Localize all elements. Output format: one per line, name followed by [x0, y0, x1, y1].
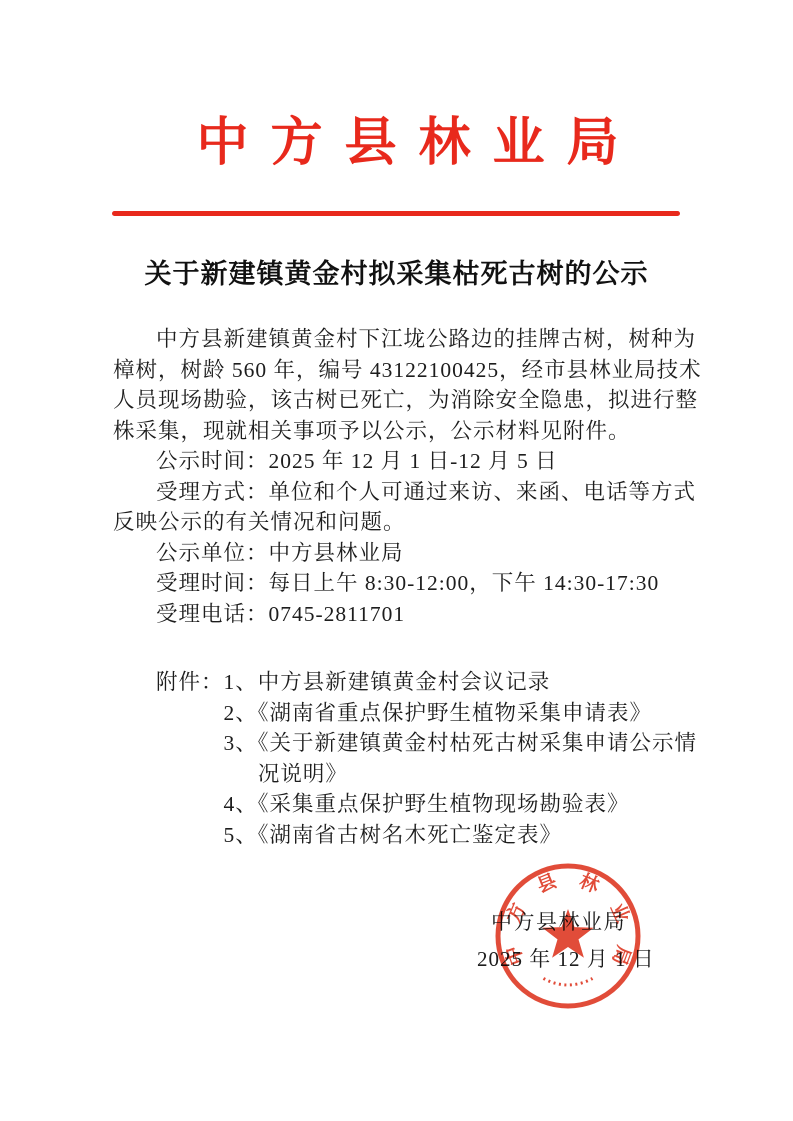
body-line-accept-method-2: 反映公示的有关情况和问题。	[113, 507, 680, 538]
official-seal: 中 方 县 林 业 局	[483, 851, 653, 1021]
body-line-public-unit: 公示单位：中方县林业局	[113, 538, 680, 569]
attachment-item-2: 2、《湖南省重点保护野生植物采集申请表》	[224, 698, 698, 729]
notice-body: 中方县新建镇黄金村下江垅公路边的挂牌古树，树种为 樟树，树龄 560 年，编号 …	[113, 324, 680, 850]
attachments-list: 1、中方县新建镇黄金村会议记录 2、《湖南省重点保护野生植物采集申请表》 3、《…	[224, 667, 698, 850]
notice-title: 关于新建镇黄金村拟采集枯死古树的公示	[113, 252, 680, 291]
seal-ring-char: 林	[576, 869, 603, 898]
letterhead-org-name: 中方县林业局	[113, 100, 702, 175]
signature-date: 2025 年 12 月 1 日	[477, 943, 655, 973]
attachment-item-1: 1、中方县新建镇黄金村会议记录	[224, 667, 698, 698]
seal-ring-char: 县	[534, 870, 560, 898]
body-line-intro-4: 株采集，现就相关事项予以公示，公示材料见附件。	[113, 416, 680, 447]
attachment-item-5: 5、《湖南省古树名木死亡鉴定表》	[224, 820, 698, 851]
seal-serial-marks	[544, 978, 593, 985]
document-page: 中方县林业局 关于新建镇黄金村拟采集枯死古树的公示 中方县新建镇黄金村下江垅公路…	[0, 0, 793, 1121]
attachments-label: 附件：	[113, 667, 224, 850]
attachment-item-3-line-1: 3、《关于新建镇黄金村枯死古树采集申请公示情	[224, 728, 698, 759]
attachment-item-3-line-2: 况说明》	[224, 759, 698, 790]
body-line-intro-3: 人员现场勘验，该古树已死亡，为消除安全隐患，拟进行整	[113, 385, 680, 416]
seal-ring	[498, 866, 638, 1006]
body-line-public-period: 公示时间：2025 年 12 月 1 日-12 月 5 日	[113, 446, 680, 477]
signature-org-name: 中方县林业局	[491, 906, 626, 936]
body-line-intro-2: 樟树，树龄 560 年，编号 43122100425，经市县林业局技术	[113, 355, 680, 386]
body-line-accept-time: 受理时间：每日上午 8:30-12:00，下午 14:30-17:30	[113, 568, 680, 599]
body-line-intro-1: 中方县新建镇黄金村下江垅公路边的挂牌古树，树种为	[113, 324, 680, 355]
attachment-item-4: 4、《采集重点保护野生植物现场勘验表》	[224, 789, 698, 820]
letterhead-divider-rule	[112, 211, 680, 216]
attachments-block: 附件： 1、中方县新建镇黄金村会议记录 2、《湖南省重点保护野生植物采集申请表》…	[113, 667, 680, 850]
body-line-accept-phone: 受理电话：0745-2811701	[113, 599, 680, 630]
body-line-accept-method-1: 受理方式：单位和个人可通过来访、来函、电话等方式	[113, 477, 680, 508]
